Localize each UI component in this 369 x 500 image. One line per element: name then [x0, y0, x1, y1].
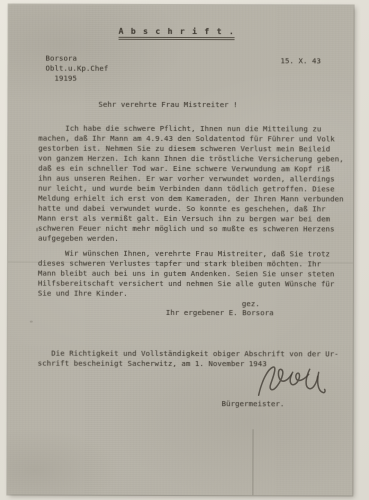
signoff-name: Ihr ergebener E. Borsora: [166, 308, 274, 318]
vertical-crease: [252, 429, 253, 495]
body-paragraph-1: Ich habe die schwere Pflicht, Ihnen nun …: [38, 124, 344, 245]
letter-paper: A b s c h r i f t . Borsora Oblt.u.Kp.Ch…: [7, 5, 353, 496]
scanned-letter-photo: A b s c h r i f t . Borsora Oblt.u.Kp.Ch…: [0, 0, 369, 500]
salutation: Sehr verehrte Frau Mistreiter !: [98, 100, 237, 110]
date: 15. X. 43: [280, 56, 320, 66]
paper-speck: [30, 321, 33, 323]
document-title: A b s c h r i f t .: [119, 26, 236, 40]
body-paragraph-2: Wir wünschen Ihnen, verehrte Frau Mistre…: [38, 249, 335, 300]
sender-block: Borsora Oblt.u.Kp.Chef 19195: [45, 54, 108, 84]
signer-role: Bürgermeister.: [222, 399, 285, 409]
